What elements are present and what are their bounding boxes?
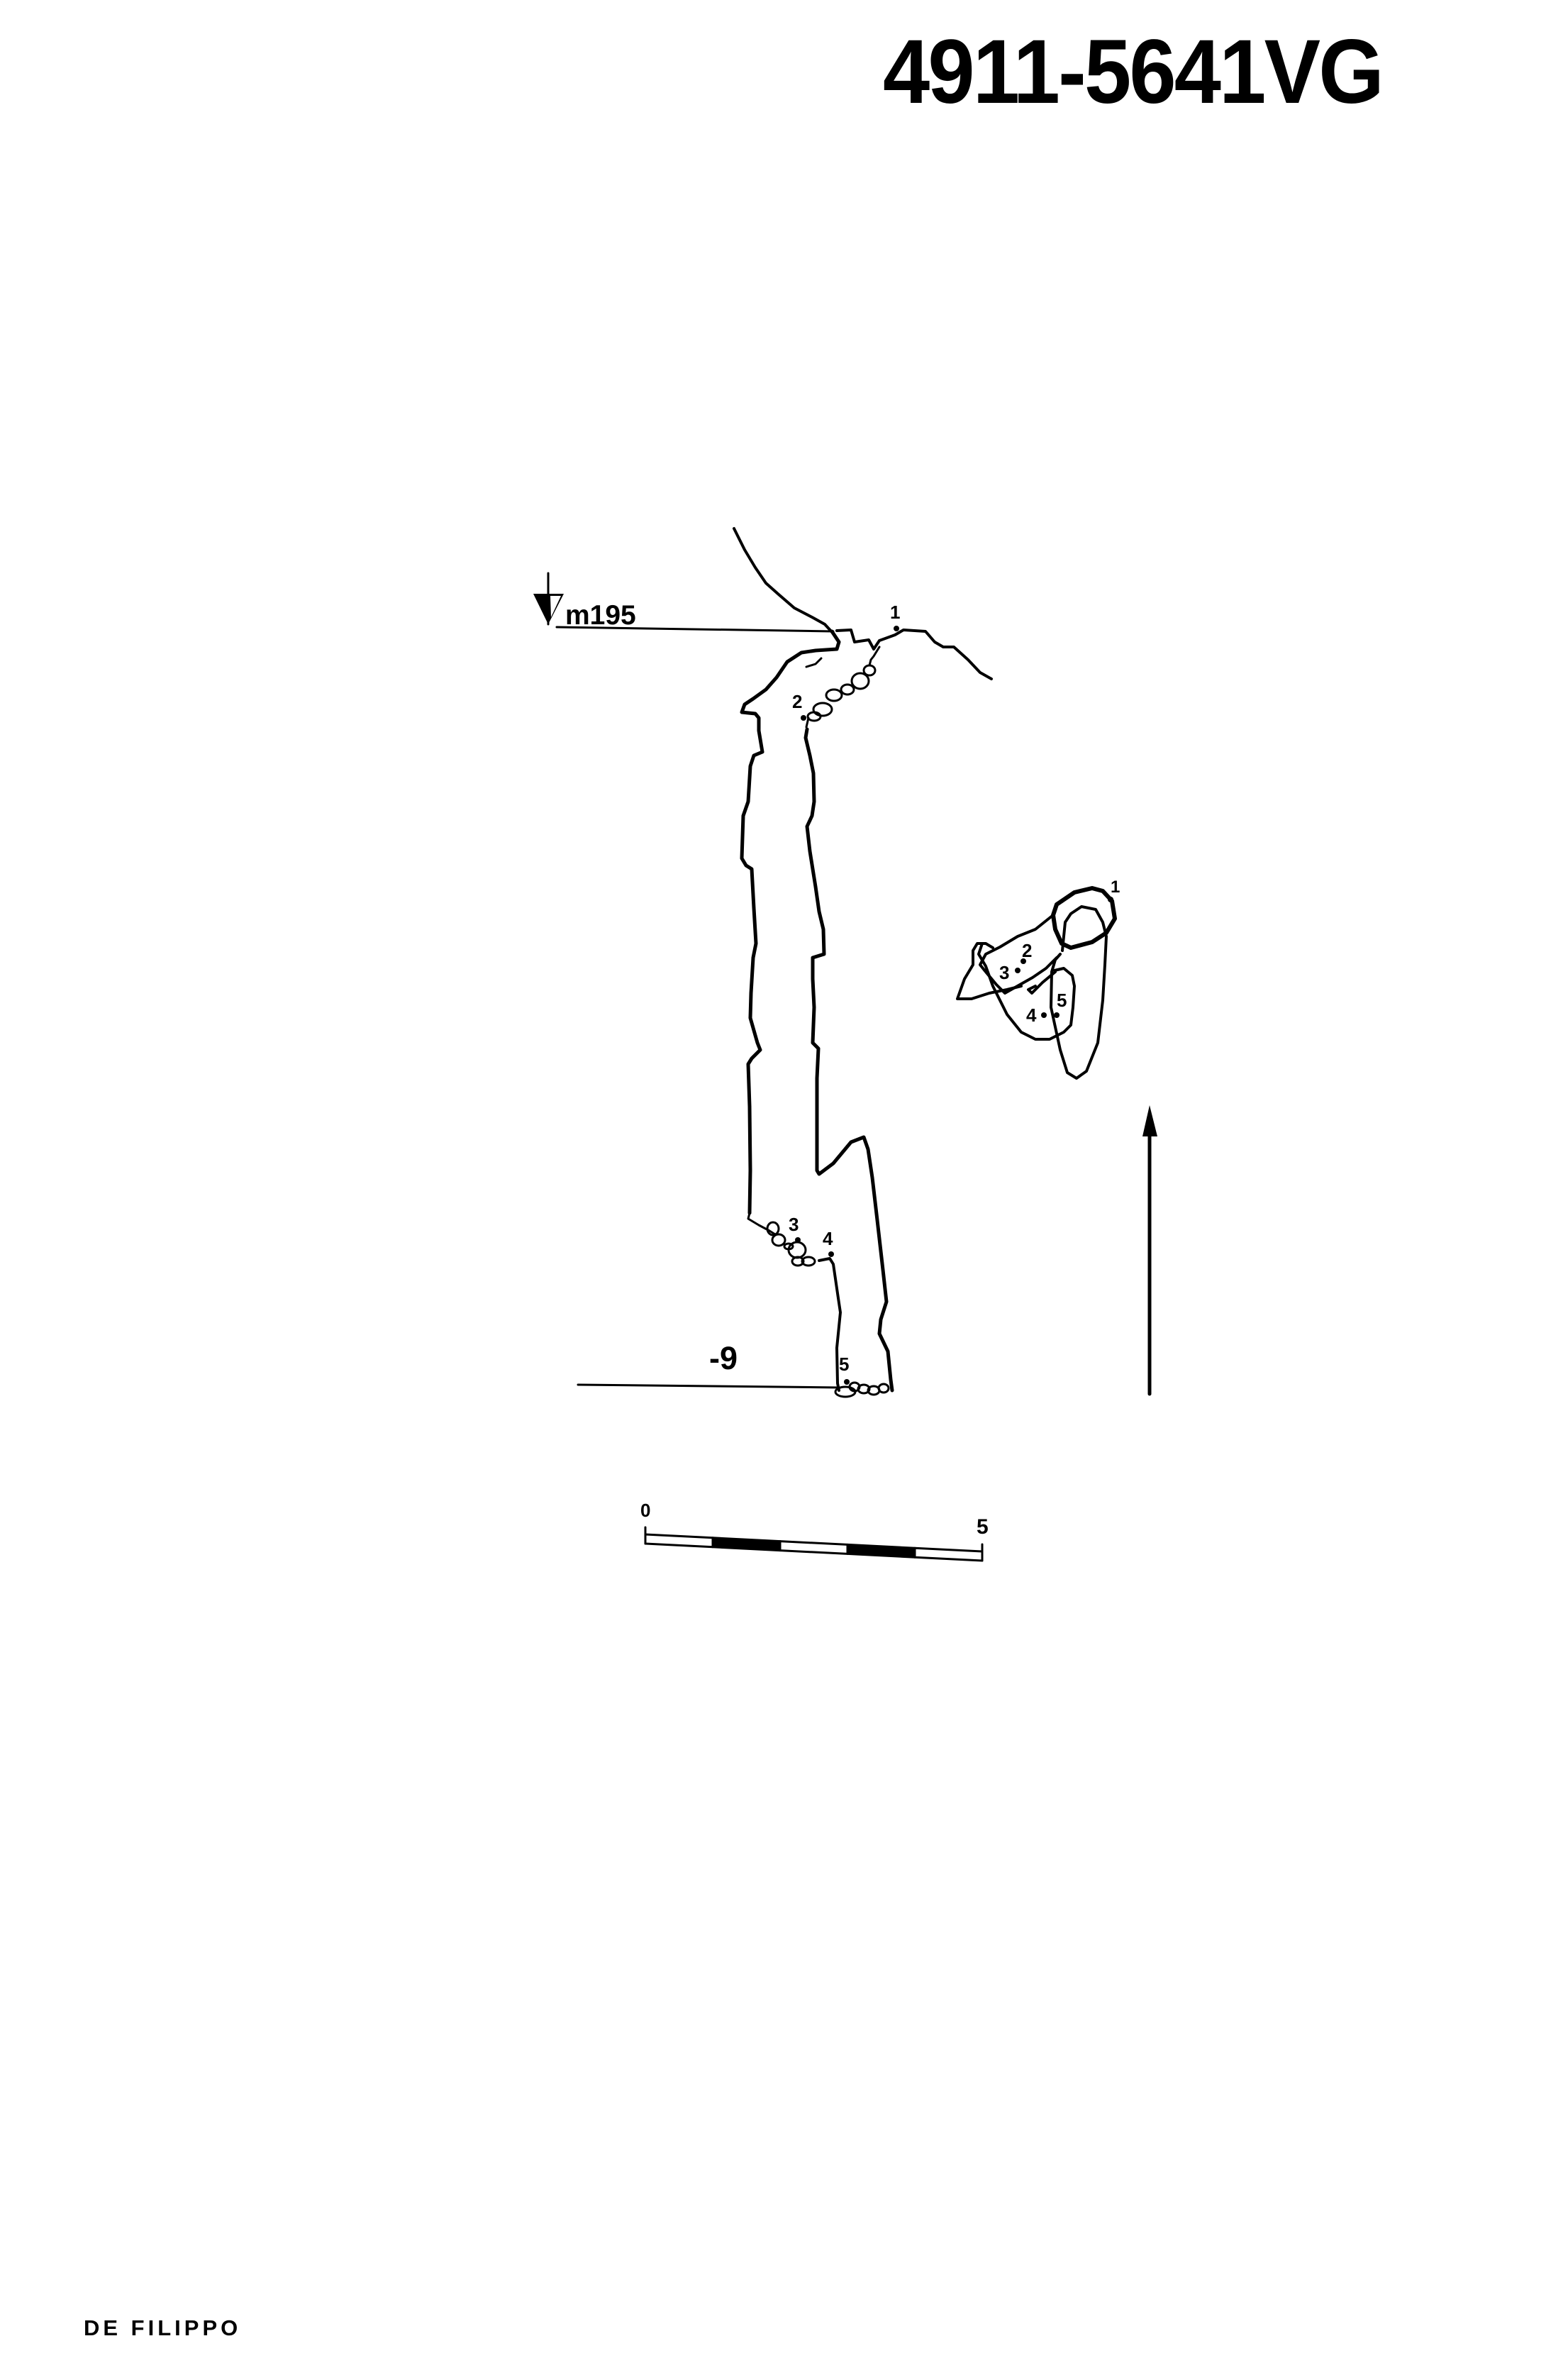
rockfall-middle — [748, 1213, 815, 1266]
section-inner-wall — [819, 1258, 840, 1390]
scale-bar — [645, 1527, 982, 1561]
plan-station-3: 3 — [999, 962, 1009, 983]
section-station-5: 5 — [839, 1354, 849, 1375]
section-station-1: 1 — [890, 602, 900, 623]
ground-surface-left — [734, 528, 833, 633]
cave-section-view — [533, 528, 991, 1397]
scale-bar-segment — [847, 1544, 915, 1557]
rockfall-bottom — [835, 1383, 889, 1397]
ground-surface-right — [837, 630, 991, 679]
section-station-2: 2 — [792, 691, 802, 712]
plan-station-5: 5 — [1057, 990, 1067, 1011]
bottom-datum-line — [578, 1385, 840, 1388]
north-arrow-icon — [1142, 1105, 1157, 1394]
plan-station-1: 1 — [1111, 878, 1120, 897]
section-station-3: 3 — [789, 1214, 799, 1235]
cave-plan-view — [957, 888, 1115, 1078]
datum-triangle-icon — [533, 573, 564, 624]
entrance-elevation-label: m195 — [565, 600, 636, 631]
rockfall-upper — [806, 647, 879, 727]
plan-station-2: 2 — [1022, 940, 1032, 961]
scale-start-label: 0 — [640, 1500, 650, 1521]
scale-end-label: 5 — [977, 1515, 989, 1539]
scale-bar-segment — [645, 1534, 713, 1547]
scale-bar-segment — [780, 1542, 847, 1554]
survey-drawing: m195 -9 1 2 3 4 5 1 2 3 4 5 0 5 — [0, 0, 1546, 2380]
author-credit: DE FILIPPO — [84, 2317, 241, 2339]
bottom-depth-label: -9 — [709, 1340, 738, 1376]
section-station-4: 4 — [823, 1228, 833, 1249]
scale-bar-segment — [915, 1548, 982, 1561]
section-right-wall — [806, 729, 892, 1390]
plan-station-4: 4 — [1026, 1004, 1037, 1026]
section-left-wall — [742, 631, 839, 1213]
scale-bar-segment — [713, 1538, 780, 1551]
